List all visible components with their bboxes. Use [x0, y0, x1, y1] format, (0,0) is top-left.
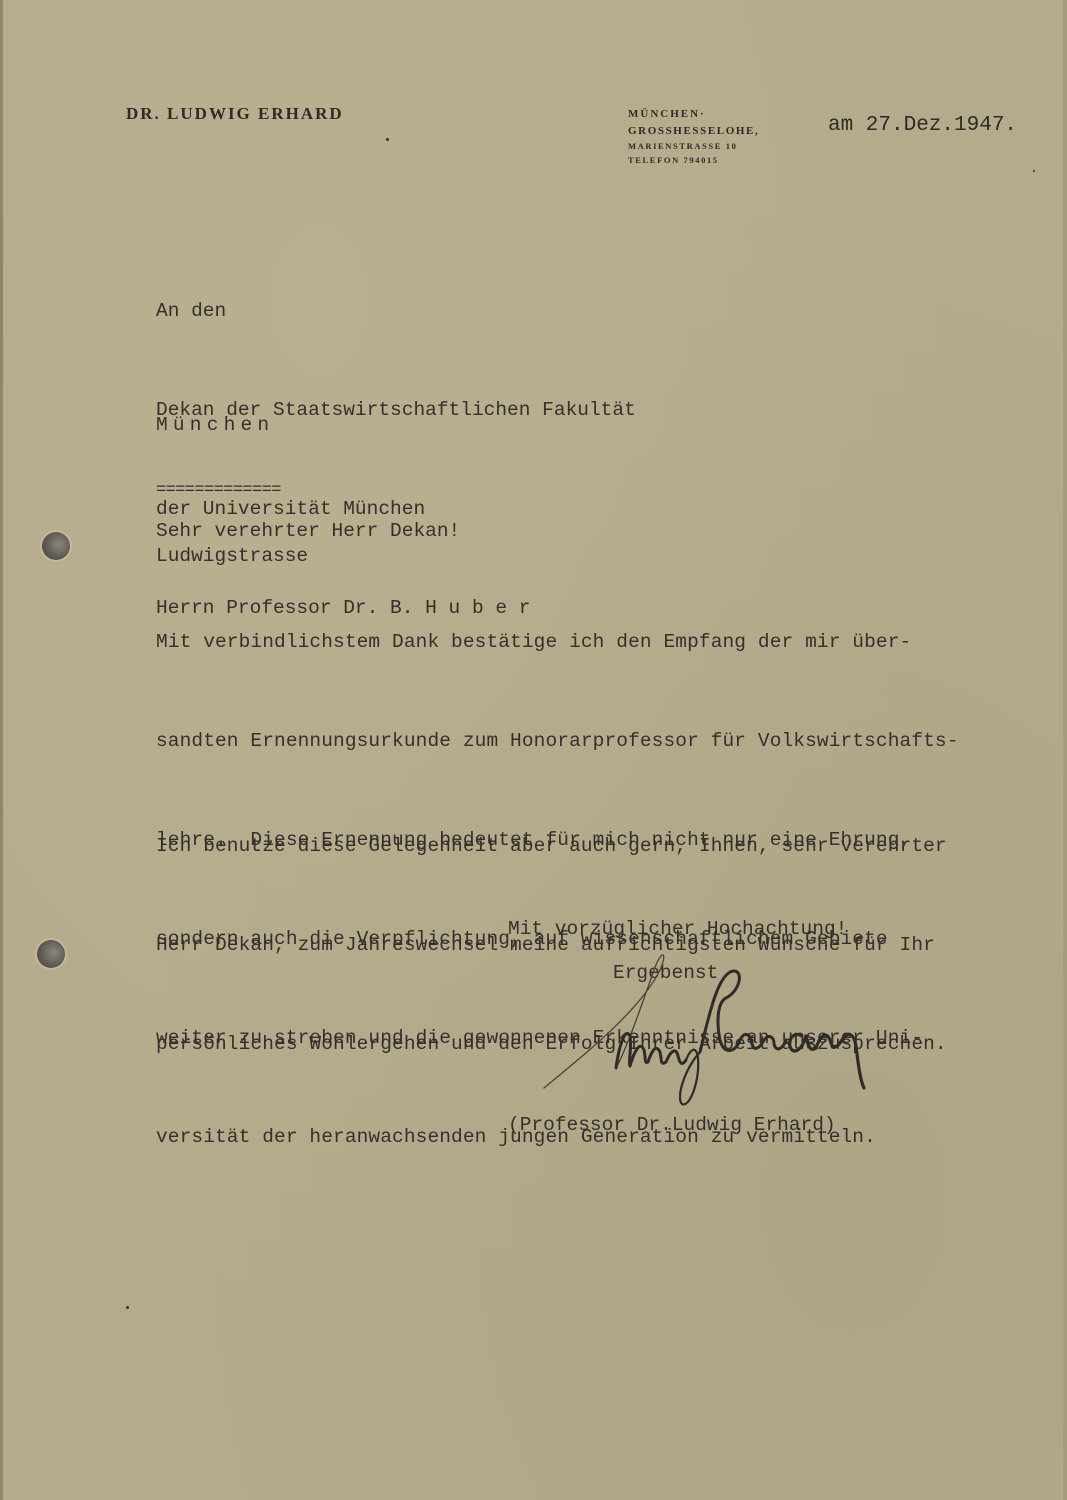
recipient-city: München	[156, 411, 308, 439]
paper-speck	[386, 138, 389, 141]
recipient-line: An den	[156, 295, 636, 328]
handwritten-signature	[530, 940, 900, 1120]
punch-hole	[42, 532, 70, 560]
letterhead-city-line1: MÜNCHEN·	[628, 108, 759, 121]
punch-hole	[37, 940, 65, 968]
body-line: sandten Ernennungsurkunde zum Honorarpro…	[156, 725, 959, 758]
body-line: Ich benutze diese Gelegenheit aber auch …	[156, 830, 947, 863]
recipient-city-block: München ============= Ludwigstrasse	[156, 367, 308, 591]
paper-left-edge	[0, 0, 3, 1500]
paper-speck	[126, 1306, 129, 1309]
paper-right-edge	[1063, 0, 1067, 1500]
letterhead-city-line2: GROSSHESSELOHE,	[628, 124, 759, 138]
letterhead-street: MARIENSTRASSE 10	[628, 139, 759, 153]
closing-phrase: Mit vorzüglicher Hochachtung!	[508, 918, 847, 940]
typed-signature-name: (Professor Dr.Ludwig Erhard)	[508, 1114, 836, 1136]
recipient-city-underline: =============	[156, 483, 308, 499]
paper-speck	[1033, 170, 1035, 172]
letterhead-name: DR. LUDWIG ERHARD	[126, 104, 344, 124]
salutation: Sehr verehrter Herr Dekan!	[156, 520, 460, 542]
letterhead-phone: TELEFON 794015	[628, 153, 759, 167]
body-line: Mit verbindlichstem Dank bestätige ich d…	[156, 626, 959, 659]
letterhead-address: MÜNCHEN· GROSSHESSELOHE, MARIENSTRASSE 1…	[628, 108, 759, 167]
letter-date: am 27.Dez.1947.	[828, 114, 1017, 137]
